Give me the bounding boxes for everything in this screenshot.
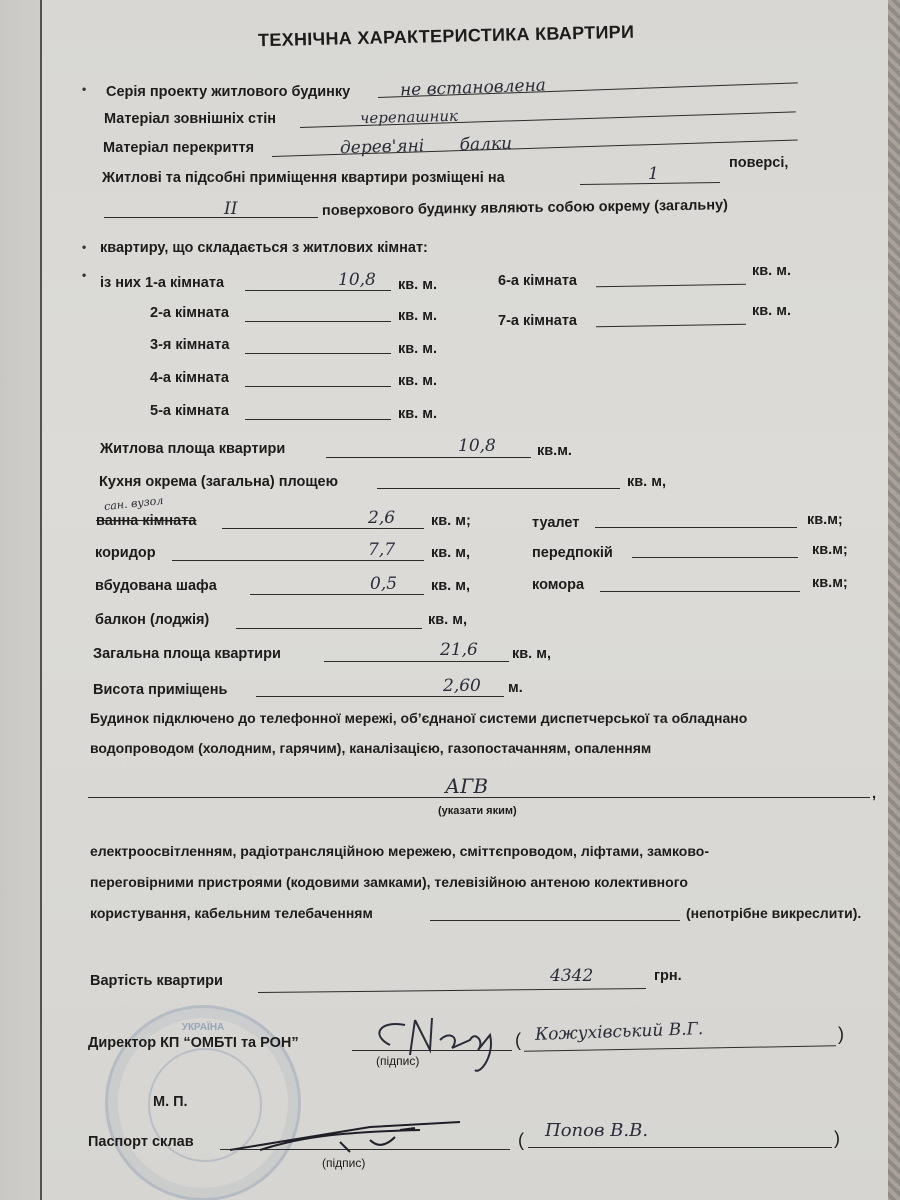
total-area-value[interactable]: 21,6: [440, 640, 478, 660]
toilet-unit: кв.м;: [807, 512, 843, 528]
room-2-unit: кв. м.: [398, 308, 437, 324]
room-4-field-line: [245, 386, 391, 387]
height-label: Висота приміщень: [93, 682, 227, 698]
room-1-field-line: [245, 290, 391, 291]
director-name-line: [524, 1045, 836, 1051]
room-1-unit: кв. м.: [398, 277, 437, 293]
document-content: ТЕХНІЧНА ХАРАКТЕРИСТИКА КВАРТИРИ • • • С…: [0, 0, 900, 1200]
room-4-label: 4-а кімната: [150, 370, 229, 386]
utilities-line-1: Будинок підключено до телефонної мережі,…: [90, 710, 747, 726]
room-2-label: 2-а кімната: [150, 305, 229, 321]
room-3-unit: кв. м.: [398, 341, 437, 357]
series-value[interactable]: не встановлена: [400, 75, 546, 100]
compiler-signature-hint: (підпис): [322, 1156, 365, 1170]
living-area-value[interactable]: 10,8: [458, 436, 496, 456]
compiler-name-line: [528, 1147, 832, 1148]
storage-field-line: [600, 591, 800, 592]
cost-unit: грн.: [654, 968, 682, 984]
room-2-field-line: [245, 321, 391, 322]
corridor-unit: кв. м,: [431, 545, 470, 561]
wardrobe-unit: кв. м,: [431, 578, 470, 594]
margin-mark: •: [82, 268, 86, 282]
building-floors-suffix: поверхового будинку являють собою окрему…: [322, 197, 728, 219]
heating-value[interactable]: АГВ: [445, 774, 488, 798]
height-field-line: [256, 696, 504, 697]
kitchen-label: Кухня окрема (загальна) площею: [99, 474, 338, 490]
bathroom-label: ванна кімната: [96, 513, 196, 529]
heating-hint: (указати яким): [438, 805, 517, 817]
compiler-name-close-paren: ): [834, 1128, 840, 1149]
cost-value[interactable]: 4342: [550, 966, 593, 986]
director-name-open-paren: (: [515, 1030, 521, 1051]
director-signature: [360, 1010, 530, 1080]
storage-unit: кв.м;: [812, 575, 848, 591]
room-5-unit: кв. м.: [398, 406, 437, 422]
total-area-field-line: [324, 661, 509, 662]
wardrobe-value[interactable]: 0,5: [370, 574, 397, 594]
heating-comma: ,: [872, 786, 876, 802]
room-6-label: 6-а кімната: [498, 273, 577, 289]
corridor-value[interactable]: 7,7: [368, 540, 395, 560]
floor-location-label: Житлові та підсобні приміщення квартири …: [102, 170, 505, 186]
cable-tv-field-line: [430, 920, 680, 921]
director-name: Кожухівський В.Г.: [535, 1019, 704, 1045]
utilities-line-5: користування, кабельним телебаченням: [90, 905, 373, 921]
room-1-value[interactable]: 10,8: [338, 270, 376, 290]
cost-field-line: [258, 988, 646, 993]
bathroom-field-line: [222, 528, 424, 529]
compiler-label: Паспорт склав: [88, 1134, 194, 1150]
room-7-unit: кв. м.: [752, 303, 791, 319]
walls-label: Матеріал зовнішніх стін: [104, 111, 276, 127]
toilet-label: туалет: [532, 515, 579, 531]
room-3-field-line: [245, 353, 391, 354]
corridor-label: коридор: [95, 545, 156, 561]
hallway-unit: кв.м;: [812, 542, 848, 558]
cost-label: Вартість квартири: [90, 973, 223, 989]
floors-material-value[interactable]: дерев'яні балки: [340, 134, 513, 158]
stamp-place-label: М. П.: [153, 1094, 188, 1110]
utilities-line-2: водопроводом (холодним, гарячим), каналі…: [90, 740, 651, 756]
floor-location-suffix: поверсі,: [729, 155, 788, 171]
walls-value[interactable]: черепашник: [360, 107, 458, 128]
hallway-field-line: [632, 557, 798, 558]
room-1-label: із них 1-а кімната: [100, 275, 224, 291]
series-label: Серія проекту житлового будинку: [106, 84, 350, 100]
rooms-intro: квартиру, що складається з житлових кімн…: [100, 240, 428, 256]
room-3-label: 3-я кімната: [150, 337, 229, 353]
bathroom-unit: кв. м;: [431, 513, 471, 529]
corridor-field-line: [172, 560, 424, 561]
building-floors-field-line: [104, 217, 318, 218]
bathroom-value[interactable]: 2,6: [368, 508, 395, 528]
room-7-field-line: [596, 324, 746, 328]
wardrobe-field-line: [250, 594, 424, 595]
living-area-unit: кв.м.: [537, 443, 572, 459]
total-area-unit: кв. м,: [512, 646, 551, 662]
utilities-line-3: електроосвітленням, радіотрансляційною м…: [90, 843, 709, 859]
compiler-name: Попов В.В.: [545, 1120, 648, 1141]
utilities-line-4: переговірними пристроями (кодовими замка…: [90, 874, 688, 890]
kitchen-field-line: [377, 488, 620, 489]
kitchen-unit: кв. м,: [627, 474, 666, 490]
balcony-field-line: [236, 628, 422, 629]
toilet-field-line: [595, 527, 797, 528]
floors-material-label: Матеріал перекриття: [103, 140, 254, 156]
balcony-label: балкон (лоджія): [95, 612, 209, 628]
room-6-unit: кв. м.: [752, 263, 791, 279]
building-floors-value[interactable]: II: [224, 199, 237, 219]
storage-label: комора: [532, 577, 584, 593]
hallway-label: передпокій: [532, 545, 613, 561]
floor-location-value[interactable]: 1: [648, 164, 659, 184]
height-value[interactable]: 2,60: [443, 676, 481, 696]
living-area-field-line: [326, 457, 531, 458]
document-title: ТЕХНІЧНА ХАРАКТЕРИСТИКА КВАРТИРИ: [258, 22, 635, 52]
room-6-field-line: [596, 284, 746, 288]
total-area-label: Загальна площа квартири: [93, 646, 281, 662]
utilities-line-5-suffix: (непотрібне викреслити).: [686, 905, 861, 921]
margin-mark: •: [82, 240, 86, 254]
room-7-label: 7-а кімната: [498, 313, 577, 329]
room-4-unit: кв. м.: [398, 373, 437, 389]
director-name-close-paren: ): [838, 1024, 844, 1045]
director-label: Директор КП “ОМБТІ та РОН”: [88, 1035, 299, 1051]
balcony-unit: кв. м,: [428, 612, 467, 628]
bathroom-annotation: сан. вузол: [103, 494, 163, 513]
compiler-name-open-paren: (: [518, 1130, 524, 1151]
margin-mark: •: [82, 82, 86, 96]
height-unit: м.: [508, 680, 523, 696]
room-5-field-line: [245, 419, 391, 420]
living-area-label: Житлова площа квартири: [100, 441, 285, 457]
director-signature-hint: (підпис): [376, 1054, 419, 1068]
compiler-signature: [220, 1112, 480, 1162]
wardrobe-label: вбудована шафа: [95, 578, 217, 594]
stamp-text: УКРАЇНА: [108, 1022, 298, 1033]
room-5-label: 5-а кімната: [150, 403, 229, 419]
